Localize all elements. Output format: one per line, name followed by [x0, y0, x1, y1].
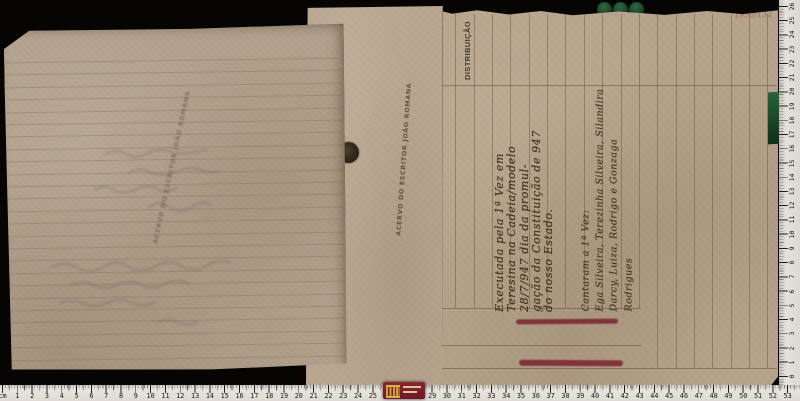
- ruler-number: 12: [787, 200, 798, 211]
- form-column-line: [565, 14, 566, 308]
- ruler-number: 20: [291, 392, 306, 401]
- ruler-number: 8: [787, 257, 798, 268]
- ruler-number: 4: [54, 392, 69, 401]
- ruler-number: 9: [128, 392, 143, 401]
- ruler-number: 2: [787, 343, 798, 354]
- ruler-number: 7: [99, 392, 114, 401]
- ruler-number: 12: [173, 392, 188, 401]
- ruler-number: 7: [787, 271, 798, 282]
- form-rule: [430, 345, 641, 346]
- ruler-number: 26: [787, 1, 798, 12]
- ruler-number: 2: [25, 392, 40, 401]
- handwriting-block-1: Executada pela 1ª Vez emTeresina na Cade…: [494, 82, 556, 312]
- ruler-number: 35: [514, 392, 529, 401]
- archive-logo: [383, 382, 425, 399]
- form-column-line: [694, 14, 695, 368]
- form-column-line: [455, 14, 456, 308]
- ruler-number: 18: [787, 115, 798, 126]
- logo-text: [403, 391, 417, 393]
- ruler-number: 21: [787, 72, 798, 83]
- ruler-number: 48: [706, 392, 721, 401]
- ruler-number: 1: [787, 357, 798, 368]
- building-icon: [386, 385, 400, 398]
- ruler-number: 46: [676, 392, 691, 401]
- form-column-line: [639, 14, 640, 308]
- ruler-number: 41: [602, 392, 617, 401]
- ruler-number: 25: [787, 15, 798, 26]
- handwriting-line: Cantaram a 1ª Vez:: [580, 90, 594, 312]
- ruler-number: 6: [84, 392, 99, 401]
- ruler-number: 33: [484, 392, 499, 401]
- handwriting-line: Darcy, Luiza, Rodrigo e Gonzaga: [608, 90, 622, 312]
- ruler-number: 19: [787, 101, 798, 112]
- ruler-number: 3: [787, 328, 798, 339]
- form-rule: [430, 85, 777, 86]
- ruler-number: 23: [787, 44, 798, 55]
- form-column-line: [731, 14, 732, 368]
- ruler-number: 53: [780, 392, 795, 401]
- form-header-label: DISTRIBUIÇÃO: [462, 26, 474, 80]
- ruler-number: 39: [573, 392, 588, 401]
- form-column-line: [749, 14, 750, 368]
- form-column-line: [657, 14, 658, 368]
- ruler-number: 23: [336, 392, 351, 401]
- ruler-number: 6: [787, 286, 798, 297]
- ruler-number: 47: [691, 392, 706, 401]
- pencil-annotation: 1950/132: [734, 9, 780, 21]
- ruler-number: 32: [469, 392, 484, 401]
- ruler-number: cm: [0, 392, 10, 401]
- ruler-number: 10: [787, 229, 798, 240]
- ruler-number: 14: [787, 172, 798, 183]
- lined-page: ACERVO DO ESCRITOR JOÃO ROMANA: [4, 24, 349, 375]
- maroon-marker-stroke: [519, 360, 623, 367]
- ruler-number: 16: [232, 392, 247, 401]
- ruler-number: 51: [751, 392, 766, 401]
- ruler-number: 49: [721, 392, 736, 401]
- ruler-number: 1: [10, 392, 25, 401]
- ruler-number: 44: [647, 392, 662, 401]
- handwriting-block-2: Cantaram a 1ª Vez:Ega Silveira, Terezinh…: [580, 90, 637, 312]
- ruler-number: 10: [143, 392, 158, 401]
- form-column-line: [712, 14, 713, 368]
- ruler-number: 20: [787, 86, 798, 97]
- logo-text: [403, 386, 421, 388]
- ruler-number: 34: [499, 392, 514, 401]
- ruler-number: 5: [787, 300, 798, 311]
- ruler-number: 36: [528, 392, 543, 401]
- ruler-number: 17: [787, 129, 798, 140]
- maroon-marker-stroke: [516, 319, 618, 325]
- ruler-number: 11: [787, 214, 798, 225]
- ruler-number: 8: [114, 392, 129, 401]
- ruler-number: 13: [188, 392, 203, 401]
- archive-stamp-vertical: ACERVO DO ESCRITOR JOÃO ROMANA: [394, 106, 413, 236]
- form-rule: [430, 368, 777, 369]
- handwriting-line: Ega Silveira, Terezinha Silveira, Siland…: [594, 90, 608, 312]
- ruler-number: 0: [787, 371, 798, 382]
- ruler-number: 21: [306, 392, 321, 401]
- ruler-number: 5: [69, 392, 84, 401]
- ruler-number: 52: [765, 392, 780, 401]
- ruler-number: 40: [588, 392, 603, 401]
- ruler-number: 22: [787, 58, 798, 69]
- ruler-number: 22: [321, 392, 336, 401]
- ruler-number: 15: [787, 158, 798, 169]
- ruler-number: 19: [276, 392, 291, 401]
- ruler-number: 14: [202, 392, 217, 401]
- ruler-number: 11: [158, 392, 173, 401]
- handwriting-line: do nosso Estado.: [543, 82, 555, 312]
- ruler-number: 13: [787, 186, 798, 197]
- handwriting-line: Rodrigues: [622, 90, 636, 312]
- ruler-number: 43: [632, 392, 647, 401]
- ruler-number: 18: [262, 392, 277, 401]
- ruler-number: 50: [736, 392, 751, 401]
- ruler-number: 4: [787, 314, 798, 325]
- ruler-number: 45: [662, 392, 677, 401]
- ruler-number: 29: [425, 392, 440, 401]
- ruler-number: 17: [247, 392, 262, 401]
- ruler-number: 30: [439, 392, 454, 401]
- ruler-number: 15: [217, 392, 232, 401]
- page-shading: [4, 24, 349, 375]
- ruler-number: 38: [558, 392, 573, 401]
- handwriting-line: Teresina na Cadeia/modelo: [506, 82, 518, 312]
- ruler-number: 16: [787, 143, 798, 154]
- ruler-number: 25: [365, 392, 380, 401]
- form-column-line: [767, 14, 768, 368]
- form-column-line: [676, 14, 677, 368]
- ruler-number: 24: [787, 29, 798, 40]
- vertical-ruler: 0123456789101112131415161718192021222324…: [779, 0, 800, 385]
- ruler-number: 37: [543, 392, 558, 401]
- ruler-number: 24: [351, 392, 366, 401]
- ruler-number: 42: [617, 392, 632, 401]
- scanned-document-view: DISTRIBUIÇÃO 1950/132 Executada pela 1ª …: [0, 0, 800, 401]
- form-page: DISTRIBUIÇÃO 1950/132 Executada pela 1ª …: [424, 8, 778, 390]
- ruler-number: 31: [454, 392, 469, 401]
- ruler-number: 9: [787, 243, 798, 254]
- ruler-number: 3: [39, 392, 54, 401]
